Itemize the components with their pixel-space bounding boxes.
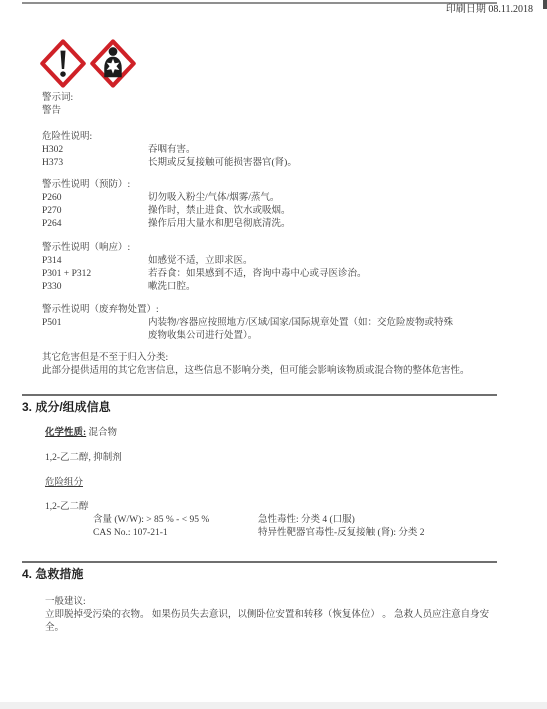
precaution-text: 操作时，禁止进食、饮水或吸烟。	[148, 205, 291, 218]
hazard-text: 吞咽有害。	[148, 144, 196, 157]
section-divider	[22, 394, 497, 396]
section3-title: 3. 成分/组成信息	[22, 401, 111, 414]
precaution-code: P260	[42, 192, 148, 205]
precaution-text: 内装物/容器应按照地方/区域/国家/国际规章处置（如：交危险废物或特殊废物收集公…	[148, 317, 458, 343]
page-bottom-edge	[0, 702, 547, 709]
component-detail-block: 含量 (W/W): > 85 % - < 95 % 急性毒性: 分类 4 (口服…	[93, 514, 425, 540]
precaution-code: P330	[42, 281, 148, 294]
precaution-code: P501	[42, 317, 148, 343]
precaution-row: P260 切勿吸入粉尘/气体/烟雾/蒸气。	[42, 192, 291, 205]
general-advice-label: 一般建议:	[45, 596, 497, 609]
other-hazards-text: 此部分提供适用的其它危害信息，这些信息不影响分类，但可能会影响该物质或混合物的整…	[42, 365, 520, 378]
precaution-row: P301 + P312 若吞食：如果感到不适，咨询中毒中心或寻医诊治。	[42, 268, 367, 281]
precaution-row: P270 操作时，禁止进食、饮水或吸烟。	[42, 205, 291, 218]
general-advice-text: 立即脱掉受污染的衣物。 如果伤员失去意识，以侧卧位安置和转移（恢复体位） 。 急…	[45, 609, 497, 635]
precaution-code: P301 + P312	[42, 268, 148, 281]
precaution-response-block: 警示性说明（响应）: P314 如感觉不适，立即求医。 P301 + P312 …	[42, 242, 367, 294]
section4-title: 4. 急救措施	[22, 568, 83, 581]
component-name: 1,2-乙二醇	[45, 501, 89, 514]
component-row: 含量 (W/W): > 85 % - < 95 % 急性毒性: 分类 4 (口服…	[93, 514, 425, 527]
print-date: 印刷日期 08.11.2018	[0, 3, 533, 16]
hazard-code: H373	[42, 157, 148, 170]
signal-word-label: 警示词:	[42, 92, 73, 105]
precaution-code: P270	[42, 205, 148, 218]
section-divider	[22, 561, 497, 563]
component-cas: CAS No.: 107-21-1	[93, 527, 258, 540]
signal-word-value: 警告	[42, 105, 73, 118]
hazard-code: H302	[42, 144, 148, 157]
product-description: 1,2-乙二醇, 抑制剂	[45, 452, 122, 465]
precaution-row: P314 如感觉不适，立即求医。	[42, 255, 367, 268]
precaution-row: P501 内装物/容器应按照地方/区域/国家/国际规章处置（如：交危险废物或特殊…	[42, 317, 458, 343]
hazard-statements-block: 危险性说明: H302 吞咽有害。 H373 长期或反复接触可能损害器官(肾)。	[42, 131, 297, 170]
chemical-nature-label: 化学性质:	[45, 428, 86, 438]
ghs-pictograms	[40, 37, 136, 90]
general-advice-block: 一般建议: 立即脱掉受污染的衣物。 如果伤员失去意识，以侧卧位安置和转移（恢复体…	[45, 596, 497, 635]
precaution-code: P264	[42, 218, 148, 231]
component-tox-stot: 特异性靶器官毒性-反复接触 (肾): 分类 2	[258, 527, 425, 540]
exclamation-mark-icon	[40, 37, 86, 90]
component-tox-acute: 急性毒性: 分类 4 (口服)	[258, 514, 355, 527]
component-row: CAS No.: 107-21-1 特异性靶器官毒性-反复接触 (肾): 分类 …	[93, 527, 425, 540]
other-hazards-block: 其它危害但是不至于归入分类: 此部分提供适用的其它危害信息，这些信息不影响分类，…	[42, 352, 520, 378]
precaution-prevention-block: 警示性说明（预防）: P260 切勿吸入粉尘/气体/烟雾/蒸气。 P270 操作…	[42, 179, 291, 231]
precaution-text: 如感觉不适，立即求医。	[148, 255, 253, 268]
precaution-row: P330 嗽洗口腔。	[42, 281, 367, 294]
precaution-row: P264 操作后用大量水和肥皂彻底清洗。	[42, 218, 291, 231]
precaution-text: 若吞食：如果感到不适，咨询中毒中心或寻医诊治。	[148, 268, 367, 281]
precaution-text: 嗽洗口腔。	[148, 281, 196, 294]
scrollbar-thumb[interactable]	[543, 0, 547, 9]
hazard-statement-row: H373 长期或反复接触可能损害器官(肾)。	[42, 157, 297, 170]
chemical-nature-line: 化学性质: 混合物	[45, 427, 117, 440]
precaution-group-label: 警示性说明（预防）:	[42, 179, 291, 192]
precaution-text: 操作后用大量水和肥皂彻底清洗。	[148, 218, 291, 231]
health-hazard-icon	[90, 37, 136, 90]
component-content: 含量 (W/W): > 85 % - < 95 %	[93, 514, 258, 527]
hazardous-components-label: 危险组分	[45, 477, 83, 490]
other-hazards-label: 其它危害但是不至于归入分类:	[42, 352, 520, 365]
hazard-statements-label: 危险性说明:	[42, 131, 297, 144]
hazard-statement-row: H302 吞咽有害。	[42, 144, 297, 157]
signal-word-block: 警示词: 警告	[42, 92, 73, 118]
precaution-disposal-block: 警示性说明（废弃物处置）: P501 内装物/容器应按照地方/区域/国家/国际规…	[42, 304, 458, 343]
sds-document-page: 印刷日期 08.11.2018 警示词: 警告 危险性说明: H302 吞咽有害…	[0, 0, 547, 709]
chemical-nature-value: 混合物	[89, 428, 118, 438]
precaution-text: 切勿吸入粉尘/气体/烟雾/蒸气。	[148, 192, 279, 205]
precaution-group-label: 警示性说明（废弃物处置）:	[42, 304, 458, 317]
precaution-code: P314	[42, 255, 148, 268]
hazard-text: 长期或反复接触可能损害器官(肾)。	[148, 157, 297, 170]
precaution-group-label: 警示性说明（响应）:	[42, 242, 367, 255]
